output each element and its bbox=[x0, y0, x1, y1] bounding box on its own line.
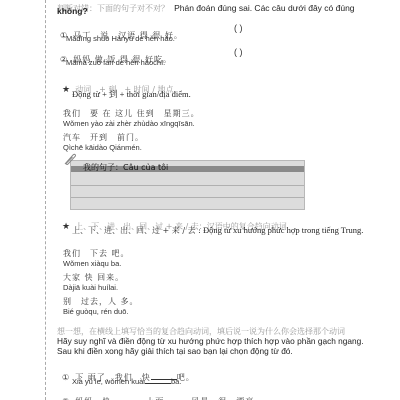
intro-instruction: 判断对错：下面的句子对不对？ Phán đoán đúng sai. Các c… bbox=[57, 0, 355, 15]
intro-instruction-vi: Phán đoán đúng sai. Các câu dưới đây có … bbox=[174, 3, 354, 13]
star-icon: ★ bbox=[62, 85, 70, 95]
box-title-vi: Câu của tôi bbox=[123, 163, 168, 172]
example-pinyin: Qìchē kāidào Qiánmén. bbox=[63, 143, 142, 152]
example-pinyin: Wǒmen yào zài zhèr zhùdào xīngqīsān. bbox=[63, 119, 195, 128]
answer-blank[interactable] bbox=[111, 396, 137, 400]
box-title: 我的句子：Câu của tôi bbox=[83, 162, 168, 173]
cut-line bbox=[45, 0, 46, 400]
example-pinyin: Dàjiā kuài huílai. bbox=[63, 283, 118, 292]
my-sentence-box[interactable]: 我的句子：Câu của tôi bbox=[70, 160, 305, 210]
intro-instruction-vi-cont: không? bbox=[57, 6, 88, 16]
example-cn: 汽车 开到 前门。 bbox=[63, 132, 144, 143]
example-pinyin: Bié guòqu, rén duō. bbox=[63, 307, 128, 316]
example-cn: 别 过去，人 多。 bbox=[63, 296, 139, 307]
box-title-cn: 我的句子： bbox=[83, 163, 123, 172]
example-cn: 我们 要 在 这儿 住到 星期三。 bbox=[63, 108, 200, 119]
exercise-instruction-vi-1: Hãy suy nghĩ và điền động từ xu hướng ph… bbox=[57, 336, 364, 346]
writing-line bbox=[71, 197, 304, 198]
exercise-instruction-vi-2: Sau khi điền xong hãy giải thích tại sao… bbox=[57, 346, 293, 356]
star-icon: ★ bbox=[62, 222, 70, 232]
item-pinyin: Mǎdīng shuō Hànyǔ de hěn hǎo. bbox=[66, 34, 175, 43]
example-cn: 大家 快 回来。 bbox=[63, 272, 124, 283]
answer-parentheses[interactable]: ( ) bbox=[234, 47, 243, 57]
item-pinyin-b: ba. bbox=[171, 377, 181, 386]
paperclip-icon bbox=[62, 152, 78, 166]
answer-blank[interactable] bbox=[145, 376, 171, 384]
example-pinyin: Wǒmen xiàqu ba. bbox=[63, 259, 121, 268]
writing-line bbox=[71, 185, 304, 186]
grammar-pattern-vi: Động từ + 到 + thời gian/địa điểm. bbox=[72, 88, 191, 100]
fill-item: ② 妈妈，快，上面 风景 很 漂亮。 bbox=[62, 389, 263, 400]
grammar-pattern-vi: 上、下、进、出、回、过 + 来 / 去 : Động từ xu hướng p… bbox=[72, 225, 363, 236]
item-pinyin-a: Xià yǔ le, wǒmen kuài bbox=[72, 377, 145, 386]
item-number: ① bbox=[62, 373, 70, 382]
grammar-pattern-prefix: 上、下、进、出、回、过 + 来 / 去 : bbox=[72, 226, 201, 235]
grammar-pattern-vi-text: Động từ xu hướng phức hợp trong tiếng Tr… bbox=[201, 225, 364, 235]
example-cn: 我们 下去 吧。 bbox=[63, 248, 130, 259]
fill-item-pinyin: Xià yǔ le, wǒmen kuàiba. bbox=[72, 376, 181, 386]
item-pinyin: Māma zuò fàn de hěn hǎochī. bbox=[66, 58, 165, 67]
answer-parentheses[interactable]: ( ) bbox=[234, 23, 243, 33]
